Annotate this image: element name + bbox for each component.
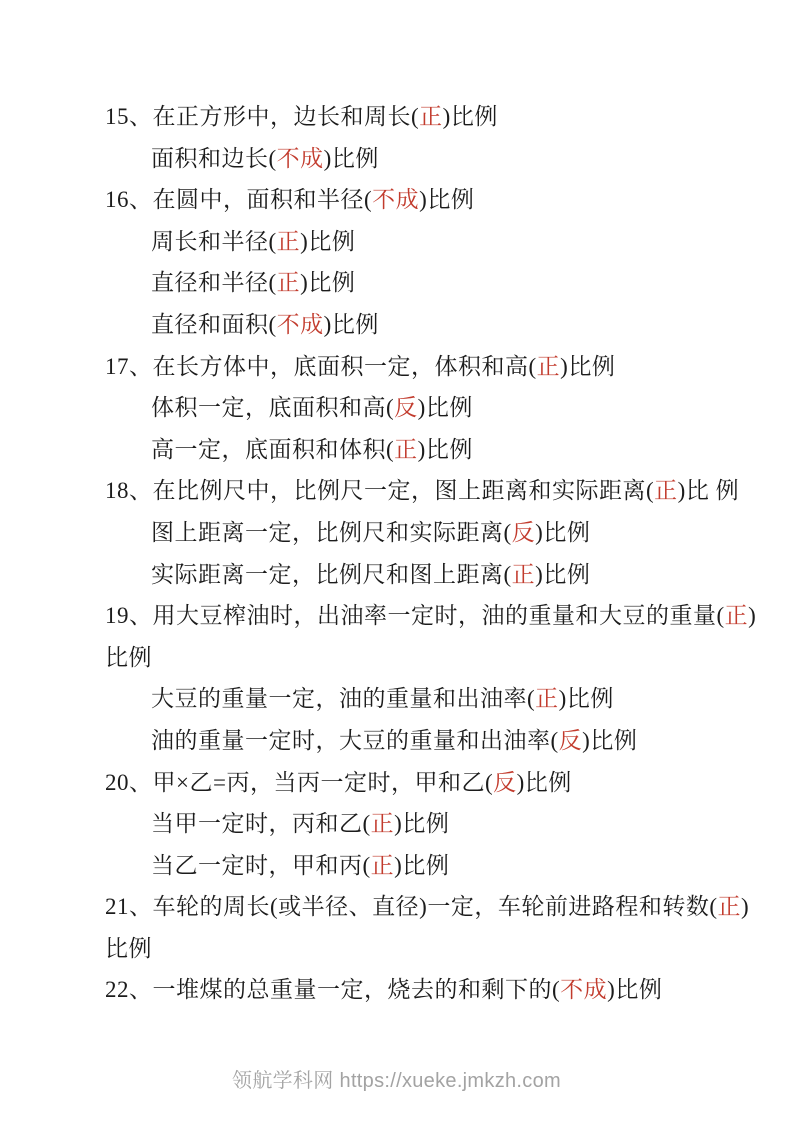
statement-text: )比例 xyxy=(419,187,474,212)
statement-text: )比例 xyxy=(394,811,449,836)
answer-text: 正 xyxy=(717,894,741,919)
watermark-site-url: https://xueke.jmkzh.com xyxy=(337,1070,564,1092)
document-line: 高一定，底面积和体积(正)比例 xyxy=(105,429,733,471)
statement-text: )比例 xyxy=(607,977,662,1002)
document-line: 18、在比例尺中，比例尺一定，图上距离和实际距离(正)比 例 xyxy=(105,470,733,512)
statement-text: 图上距离一定，比例尺和实际距离( xyxy=(151,520,512,545)
answer-text: 正 xyxy=(725,603,749,628)
statement-text: 16、在圆中，面积和半径( xyxy=(105,187,372,212)
statement-text: 当甲一定时，丙和乙( xyxy=(151,811,371,836)
statement-text: 15、在正方形中，边长和周长( xyxy=(105,104,419,129)
answer-text: 反 xyxy=(559,728,583,753)
document-line: 直径和半径(正)比例 xyxy=(105,262,733,304)
statement-text: 直径和面积( xyxy=(151,312,277,337)
answer-text: 反 xyxy=(394,395,418,420)
statement-text: 直径和半径( xyxy=(151,270,277,295)
watermark-site-name: 领航学科网 xyxy=(229,1070,337,1092)
document-line: 实际距离一定，比例尺和图上距离(正)比例 xyxy=(105,554,733,596)
document-line: 图上距离一定，比例尺和实际距离(反)比例 xyxy=(105,512,733,554)
answer-text: 正 xyxy=(535,686,559,711)
statement-text: 当乙一定时，甲和丙( xyxy=(151,853,371,878)
statement-text: 17、在长方体中，底面积一定，体积和高( xyxy=(105,354,537,379)
statement-text: )比例 xyxy=(300,270,355,295)
document-line: 15、在正方形中，边长和周长(正)比例 xyxy=(105,96,733,138)
document-line: 17、在长方体中，底面积一定，体积和高(正)比例 xyxy=(105,346,733,388)
document-line: 20、甲×乙=丙，当丙一定时，甲和乙(反)比例 xyxy=(105,762,733,804)
statement-text: )比例 xyxy=(418,437,473,462)
document-line: 面积和边长(不成)比例 xyxy=(105,138,733,180)
statement-text: )比例 xyxy=(324,146,379,171)
statement-text: 实际距离一定，比例尺和图上距离( xyxy=(151,562,512,587)
statement-text: )比例 xyxy=(418,395,473,420)
statement-text: 油的重量一定时，大豆的重量和出油率( xyxy=(151,728,559,753)
answer-text: 不成 xyxy=(277,312,324,337)
document-line: 油的重量一定时，大豆的重量和出油率(反)比例 xyxy=(105,720,733,762)
watermark-footer: 领航学科网https://xueke.jmkzh.com xyxy=(0,1064,793,1093)
statement-text: )比例 xyxy=(300,229,355,254)
document-body: 15、在正方形中，边长和周长(正)比例面积和边长(不成)比例16、在圆中，面积和… xyxy=(105,96,733,1011)
statement-text: 18、在比例尺中，比例尺一定，图上距离和实际距离( xyxy=(105,478,654,503)
document-line: 比例 xyxy=(105,637,733,679)
answer-text: 正 xyxy=(277,270,301,295)
statement-text: ) xyxy=(748,603,756,628)
answer-text: 正 xyxy=(419,104,443,129)
statement-text: 周长和半径( xyxy=(151,229,277,254)
answer-text: 正 xyxy=(394,437,418,462)
statement-text: 21、车轮的周长(或半径、直径)一定，车轮前进路程和转数( xyxy=(105,894,717,919)
answer-text: 正 xyxy=(277,229,301,254)
statement-text: )比 例 xyxy=(678,478,739,503)
statement-text: 面积和边长( xyxy=(151,146,277,171)
statement-text: )比例 xyxy=(560,354,615,379)
answer-text: 正 xyxy=(654,478,678,503)
answer-text: 正 xyxy=(371,811,395,836)
statement-text: 22、一堆煤的总重量一定，烧去的和剩下的( xyxy=(105,977,560,1002)
statement-text: 19、用大豆榨油时，出油率一定时，油的重量和大豆的重量( xyxy=(105,603,725,628)
document-page: 15、在正方形中，边长和周长(正)比例面积和边长(不成)比例16、在圆中，面积和… xyxy=(0,0,793,1122)
answer-text: 不成 xyxy=(372,187,419,212)
statement-text: )比例 xyxy=(559,686,614,711)
statement-text: 20、甲×乙=丙，当丙一定时，甲和乙( xyxy=(105,770,493,795)
answer-text: 正 xyxy=(537,354,561,379)
document-line: 比例 xyxy=(105,928,733,970)
answer-text: 不成 xyxy=(560,977,607,1002)
statement-text: )比例 xyxy=(394,853,449,878)
answer-text: 不成 xyxy=(277,146,324,171)
statement-text: ) xyxy=(741,894,749,919)
statement-text: )比例 xyxy=(443,104,498,129)
document-line: 体积一定，底面积和高(反)比例 xyxy=(105,387,733,429)
statement-text: )比例 xyxy=(535,520,590,545)
statement-text: )比例 xyxy=(535,562,590,587)
statement-text: 高一定，底面积和体积( xyxy=(151,437,394,462)
document-line: 16、在圆中，面积和半径(不成)比例 xyxy=(105,179,733,221)
answer-text: 正 xyxy=(371,853,395,878)
document-line: 19、用大豆榨油时，出油率一定时，油的重量和大豆的重量(正) xyxy=(105,595,733,637)
statement-text: 比例 xyxy=(105,645,152,670)
statement-text: )比例 xyxy=(324,312,379,337)
document-line: 周长和半径(正)比例 xyxy=(105,221,733,263)
answer-text: 反 xyxy=(512,520,536,545)
statement-text: )比例 xyxy=(582,728,637,753)
answer-text: 反 xyxy=(493,770,517,795)
document-line: 22、一堆煤的总重量一定，烧去的和剩下的(不成)比例 xyxy=(105,969,733,1011)
statement-text: 大豆的重量一定，油的重量和出油率( xyxy=(151,686,535,711)
document-line: 当甲一定时，丙和乙(正)比例 xyxy=(105,803,733,845)
statement-text: 体积一定，底面积和高( xyxy=(151,395,394,420)
document-line: 21、车轮的周长(或半径、直径)一定，车轮前进路程和转数(正) xyxy=(105,886,733,928)
statement-text: )比例 xyxy=(517,770,572,795)
answer-text: 正 xyxy=(512,562,536,587)
document-line: 当乙一定时，甲和丙(正)比例 xyxy=(105,845,733,887)
statement-text: 比例 xyxy=(105,936,152,961)
document-line: 大豆的重量一定，油的重量和出油率(正)比例 xyxy=(105,678,733,720)
document-line: 直径和面积(不成)比例 xyxy=(105,304,733,346)
